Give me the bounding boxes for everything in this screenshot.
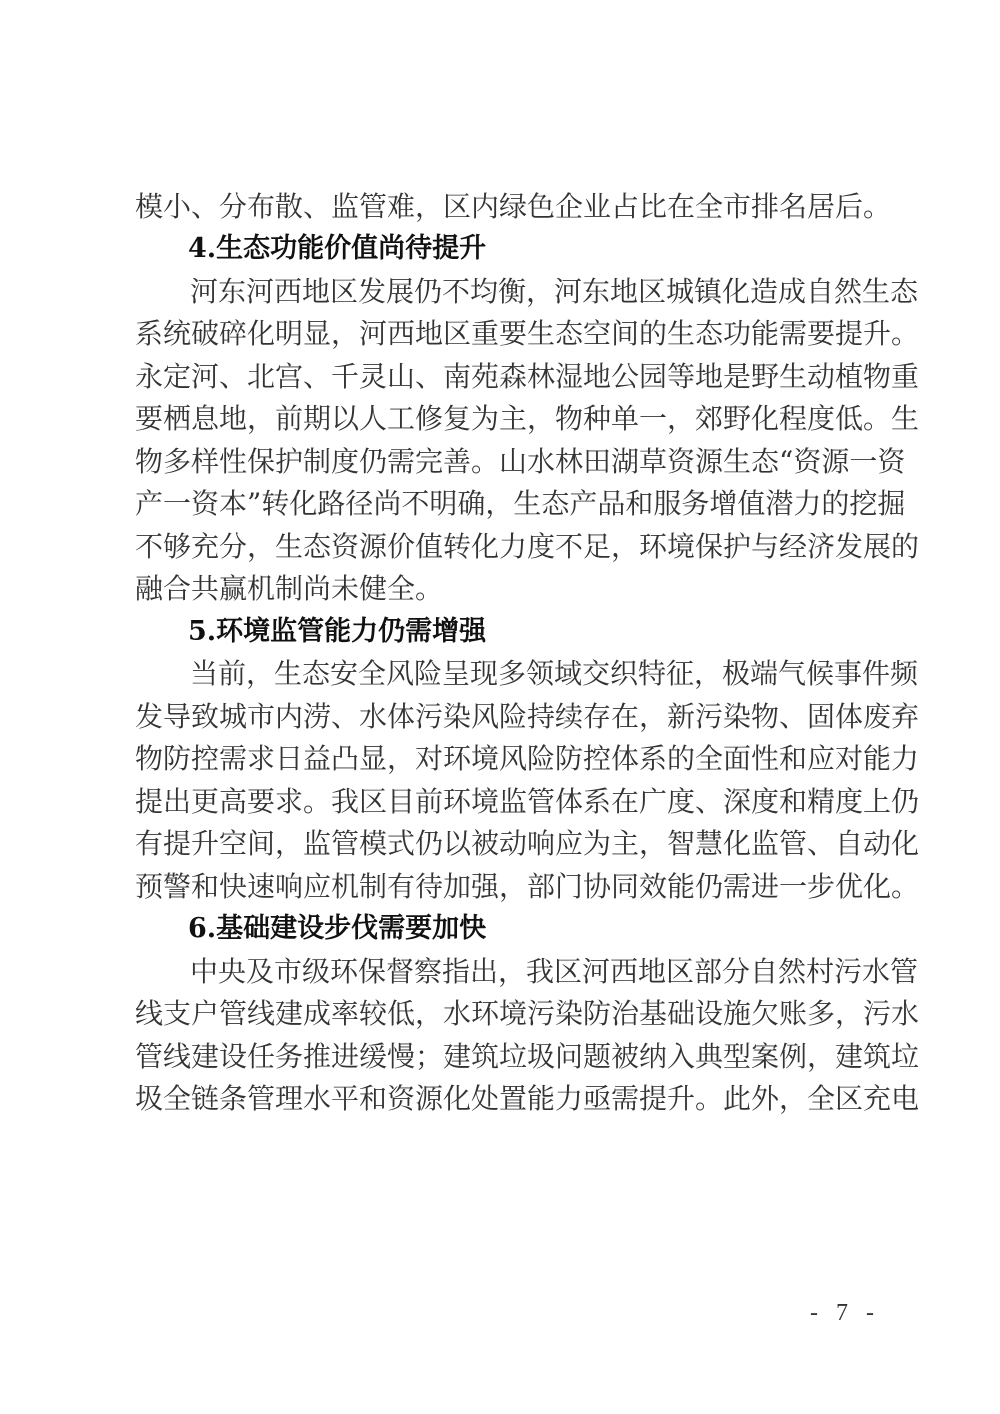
paragraph-line: 模小、分布散、监管难，区内绿色企业占比在全市排名居后。: [135, 186, 875, 228]
page-number: - 7 -: [810, 1300, 880, 1327]
paragraph-line: 物防控需求日益凸显，对环境风险防控体系的全面性和应对能力: [135, 738, 875, 780]
section-heading-6: 6.基础建设步伐需要加快: [188, 908, 486, 950]
paragraph-line: 系统破碎化明显，河西地区重要生态空间的生态功能需要提升。: [135, 313, 875, 355]
paragraph-line: 提出更高要求。我区目前环境监管体系在广度、深度和精度上仍: [135, 781, 875, 823]
paragraph-line: 产一资本”转化路径尚不明确，生态产品和服务增值潜力的挖掘: [135, 483, 875, 525]
paragraph-line: 不够充分，生态资源价值转化力度不足，环境保护与经济发展的: [135, 526, 875, 568]
paragraph-line: 中央及市级环保督察指出，我区河西地区部分自然村污水管: [190, 951, 875, 993]
paragraph-line: 预警和快速响应机制有待加强，部门协同效能仍需进一步优化。: [135, 866, 875, 908]
section-heading-4: 4.生态功能价值尚待提升: [188, 228, 486, 270]
paragraph-line: 线支户管线建成率较低，水环境污染防治基础设施欠账多，污水: [135, 993, 875, 1035]
section-heading-5: 5.环境监管能力仍需增强: [188, 611, 486, 653]
paragraph-line: 圾全链条管理水平和资源化处置能力亟需提升。此外，全区充电: [135, 1078, 875, 1120]
paragraph-line: 河东河西地区发展仍不均衡，河东地区城镇化造成自然生态: [190, 271, 875, 313]
paragraph-line: 物多样性保护制度仍需完善。山水林田湖草资源生态“资源一资: [135, 441, 875, 483]
paragraph-line: 融合共赢机制尚未健全。: [135, 568, 875, 610]
paragraph-line: 有提升空间，监管模式仍以被动响应为主，智慧化监管、自动化: [135, 823, 875, 865]
paragraph-line: 发导致城市内涝、水体污染风险持续存在，新污染物、固体废弃: [135, 696, 875, 738]
paragraph-line: 要栖息地，前期以人工修复为主，物种单一，郊野化程度低。生: [135, 398, 875, 440]
paragraph-line: 当前，生态安全风险呈现多领域交织特征，极端气候事件频: [190, 653, 875, 695]
paragraph-line: 管线建设任务推进缓慢；建筑垃圾问题被纳入典型案例，建筑垃: [135, 1036, 875, 1078]
document-page: 模小、分布散、监管难，区内绿色企业占比在全市排名居后。 4.生态功能价值尚待提升…: [0, 0, 1000, 1414]
paragraph-line: 永定河、北宫、千灵山、南苑森林湿地公园等地是野生动植物重: [135, 356, 875, 398]
